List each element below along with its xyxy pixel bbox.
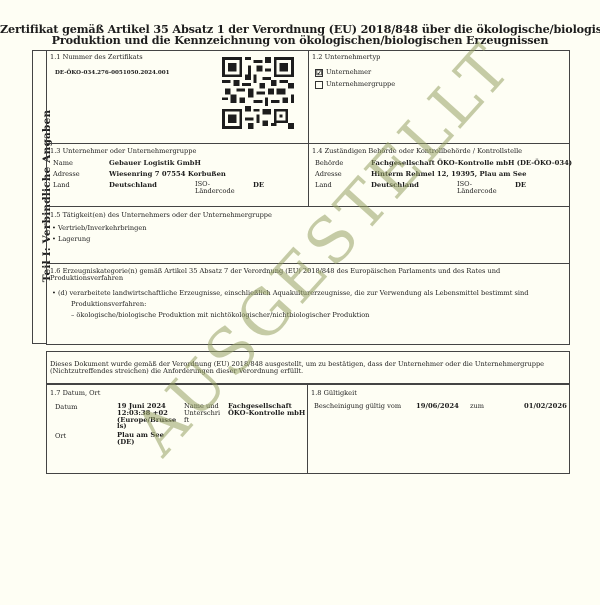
checkbox-unchecked-icon[interactable] <box>315 81 323 89</box>
authority-address: Hinterm Rehmel 12, 19395, Plau am See <box>371 170 526 178</box>
country-label: Land <box>53 181 70 189</box>
signer-line: ÖKO-Kontrolle mbH <box>228 410 305 417</box>
valid-to-label: zum <box>470 402 484 410</box>
production-method-label: Produktionsverfahren: <box>71 300 146 308</box>
certificate-title: Zertifikat gemäß Artikel 35 Absatz 1 der… <box>0 24 600 46</box>
valid-to-date: 01/02/2026 <box>524 402 567 410</box>
section-activities: 1.5 Tätigkeit(en) des Unternehmers oder … <box>46 206 570 264</box>
address-label: Adresse <box>53 170 80 178</box>
address-label: Adresse <box>315 170 342 178</box>
title-line-2: Produktion und die Kennzeichnung von öko… <box>0 35 600 46</box>
name-label: Name <box>53 159 73 167</box>
section-label: 1.4 Zuständigen Behörde oder Kontrollbeh… <box>312 147 522 155</box>
section-authority: 1.4 Zuständigen Behörde oder Kontrollbeh… <box>308 143 570 207</box>
section-label: 1.2 Unternehmertyp <box>312 53 380 61</box>
iso-label-line: Ländercode <box>195 187 235 195</box>
iso-label: ISO-Ländercode <box>195 181 235 195</box>
section-date-place: 1.7 Datum, Ort Datum 19 Juni 2024 12:03:… <box>46 384 308 474</box>
checkbox-label: Unternehmer <box>326 68 371 76</box>
part-one-sidebar: Teil I: Verbindliche Angaben <box>32 50 47 344</box>
section-product-categories: 1.6 Erzeugniskategorie(n) gemäß Artikel … <box>46 263 570 345</box>
section-operator: 1.3 Unternehmer oder Unternehmergruppe N… <box>46 143 309 207</box>
place-label: Ort <box>55 432 66 440</box>
valid-from-label: Bescheinigung gültig vom <box>314 402 401 410</box>
section-label: 1.8 Gültigkeit <box>311 389 357 397</box>
iso-label: ISO-Ländercode <box>457 181 497 195</box>
signature-label: Name und Unterschri ft <box>184 403 220 423</box>
section-label: 1.3 Unternehmer oder Unternehmergruppe <box>50 147 196 155</box>
date-label: Datum <box>55 403 77 411</box>
section-label-line-2: Produktionsverfahren <box>50 274 123 282</box>
statement-line-2: (Nichtzutreffendes streichen) die Anford… <box>50 367 303 375</box>
issue-date: 19 Juni 2024 12:03:38 +02 (Europe/Brusse… <box>117 403 176 430</box>
section-statement: Dieses Dokument wurde gemäß der Verordnu… <box>46 351 570 384</box>
operator-iso: DE <box>253 181 264 189</box>
activity-item: • Lagerung <box>52 235 90 243</box>
iso-label-line: Ländercode <box>457 187 497 195</box>
section-validity: 1.8 Gültigkeit Bescheinigung gültig vom … <box>307 384 570 474</box>
checkbox-label: Unternehmergruppe <box>326 80 395 88</box>
section-label: 1.7 Datum, Ort <box>50 389 100 397</box>
product-category: • (d) verarbeitete landwirtschaftliche E… <box>52 289 529 297</box>
issue-place: Plau am See (DE) <box>117 432 164 446</box>
section-label: 1.5 Tätigkeit(en) des Unternehmers oder … <box>50 211 272 219</box>
authority-iso: DE <box>515 181 526 189</box>
section-label: 1.1 Nummer des Zertifikats <box>50 53 143 61</box>
valid-from-date: 19/06/2024 <box>416 402 459 410</box>
operator-country: Deutschland <box>109 181 157 189</box>
checkbox-checked-icon[interactable]: ☑ <box>315 69 323 77</box>
country-label: Land <box>315 181 332 189</box>
certificate-number: DE-ÖKO-034.276-0051050.2024.001 <box>55 70 170 76</box>
production-method: – ökologische/biologische Produktion mit… <box>71 311 369 319</box>
checkbox-unternehmergruppe[interactable]: Unternehmergruppe <box>315 80 435 90</box>
signature-label-line: Unterschri <box>184 410 220 417</box>
operator-name: Gebauer Logistik GmbH <box>109 159 201 167</box>
qr-code-icon <box>222 57 294 129</box>
signer-name: Fachgesellschaft ÖKO-Kontrolle mbH <box>228 403 305 417</box>
authority-country: Deutschland <box>371 181 419 189</box>
operator-address: Wiesenring 7 07554 Korbußen <box>109 170 226 178</box>
signature-label-line: ft <box>184 417 220 424</box>
section-operator-type: 1.2 Unternehmertyp ☑ Unternehmer Unterne… <box>308 50 570 144</box>
checkbox-unternehmer[interactable]: ☑ Unternehmer <box>315 68 435 78</box>
authority-label: Behörde <box>315 159 343 167</box>
place-line: (DE) <box>117 439 164 446</box>
authority-name: Fachgesellschaft ÖKO-Kontrolle mbH (DE-Ö… <box>371 159 572 167</box>
activity-item: • Vertrieb/Inverkehrbringen <box>52 224 146 232</box>
date-line: ls) <box>117 423 176 430</box>
